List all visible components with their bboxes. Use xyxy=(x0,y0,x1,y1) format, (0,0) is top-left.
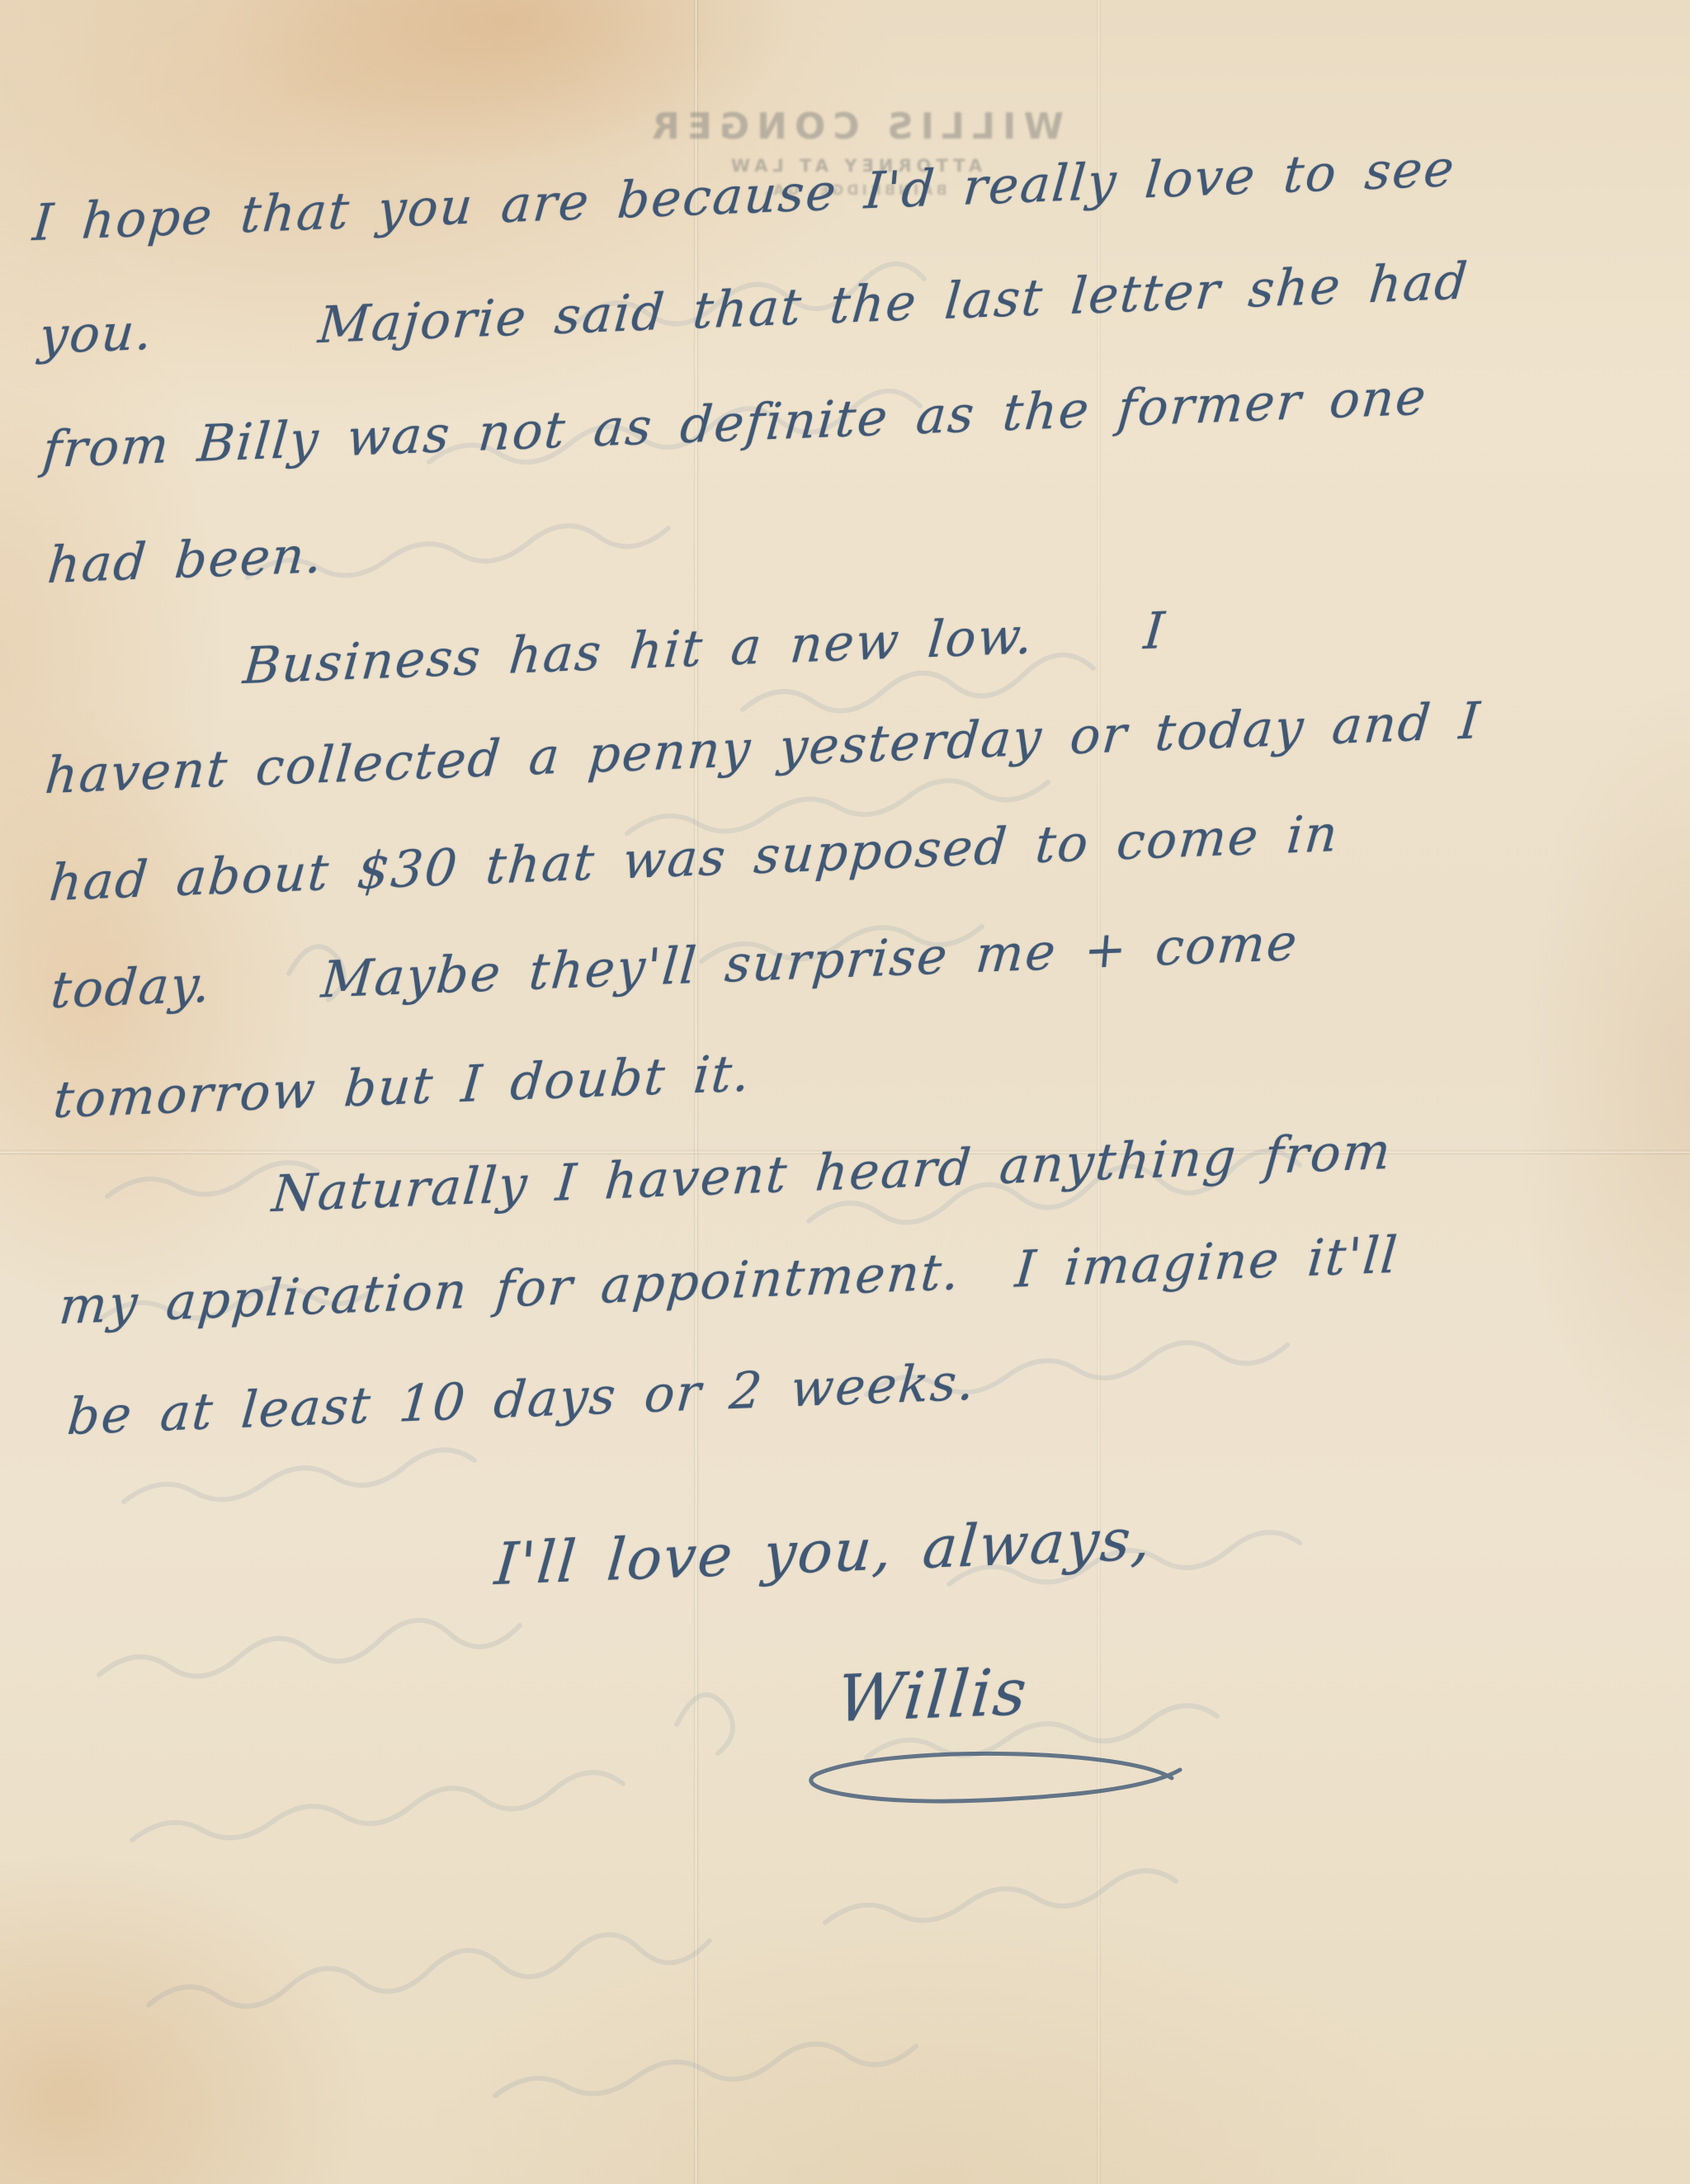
vertical-fold-crease xyxy=(1096,0,1102,2184)
handwritten-line: from Billy was not as definite as the fo… xyxy=(40,367,1429,479)
handwritten-line: my application for appointment. I imagin… xyxy=(57,1226,1401,1337)
letter-page: WILLIS CONGER ATTORNEY AT LAW BAINBRIDGE… xyxy=(0,0,1690,2184)
signature-flourish xyxy=(767,1733,1197,1832)
closing-line: I'll love you, always, xyxy=(493,1505,1155,1598)
letterhead-name: WILLIS CONGER xyxy=(615,106,1093,148)
handwritten-line: had been. xyxy=(45,526,326,595)
handwritten-line: tomorrow but I doubt it. xyxy=(51,1044,753,1130)
handwritten-line: havent collected a penny yesterday or to… xyxy=(43,691,1484,805)
handwritten-line: you. Majorie said that the last letter s… xyxy=(37,252,1471,366)
handwritten-line: Naturally I havent heard anything from xyxy=(270,1122,1395,1224)
handwritten-line: be at least 10 days or 2 weeks. xyxy=(65,1353,978,1447)
signature: Willis xyxy=(834,1655,1031,1737)
handwritten-line: today. Maybe they'll surprise me + come xyxy=(49,913,1301,1020)
handwritten-line: Business has hit a new low. I xyxy=(241,601,1168,696)
